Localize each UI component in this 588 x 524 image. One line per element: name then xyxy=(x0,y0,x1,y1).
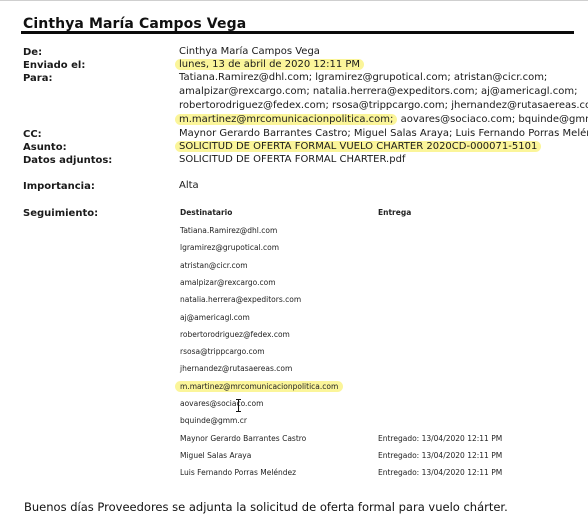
tracking-row-recipient: amalpizar@rexcargo.com xyxy=(180,278,276,287)
tracking-row-recipient: Miguel Salas Araya xyxy=(180,451,251,460)
tracking-row-recipient: robertorodriguez@fedex.com xyxy=(180,330,290,339)
tracking-row-recipient: Tatiana.Ramirez@dhl.com xyxy=(180,226,277,235)
importance-value: Alta xyxy=(179,179,199,193)
attachments-label: Datos adjuntos: xyxy=(23,155,112,166)
cc-value: Maynor Gerardo Barrantes Castro; Miguel … xyxy=(179,127,588,141)
importance-label: Importancia: xyxy=(23,181,95,192)
tracking-row-recipient: lgramirez@grupotical.com xyxy=(180,243,279,252)
title-underline xyxy=(21,31,574,34)
tracking-row-recipient: atristan@cicr.com xyxy=(180,261,248,270)
message-body: Buenos días Proveedores se adjunta la so… xyxy=(24,500,508,514)
tracking-row-delivery: Entregado: 13/04/2020 12:11 PM xyxy=(378,451,502,460)
tracking-col-recipient: Destinatario xyxy=(180,208,232,217)
tracking-row-delivery: Entregado: 13/04/2020 12:11 PM xyxy=(378,434,502,443)
tracking-row-recipient: Maynor Gerardo Barrantes Castro xyxy=(180,434,306,443)
subject-value-row: SOLICITUD DE OFERTA FORMAL VUELO CHARTER… xyxy=(179,140,541,154)
to-line-3: robertorodriguez@fedex.com; rsosa@trippc… xyxy=(179,99,588,113)
sent-label: Enviado el: xyxy=(23,60,85,71)
sender-title: Cinthya María Campos Vega xyxy=(23,16,246,32)
subject-value: SOLICITUD DE OFERTA FORMAL VUELO CHARTER… xyxy=(175,141,541,152)
attachment-file[interactable]: SOLICITUD DE OFERTA FORMAL CHARTER.pdf xyxy=(179,153,405,167)
sent-value-row: lunes, 13 de abril de 2020 12:11 PM xyxy=(179,58,364,72)
i-beam-cursor-icon xyxy=(235,399,242,412)
tracking-row-recipient: jhernandez@rutasaereas.com xyxy=(180,364,292,373)
tracking-row-recipient: m.martinez@mrcomunicacionpolitica.com xyxy=(175,381,343,392)
to-line-4: m.martinez@mrcomunicacionpolitica.com; a… xyxy=(179,113,588,127)
tracking-row-recipient: rsosa@trippcargo.com xyxy=(180,347,265,356)
sent-value: lunes, 13 de abril de 2020 12:11 PM xyxy=(175,59,364,70)
tracking-label: Seguimiento: xyxy=(23,208,98,219)
tracking-row-recipient: natalia.herrera@expeditors.com xyxy=(180,295,301,304)
top-border xyxy=(0,0,588,1)
from-label: De: xyxy=(23,47,42,58)
tracking-row-recipient: aj@americagl.com xyxy=(180,313,250,322)
subject-label: Asunto: xyxy=(23,142,67,153)
to-line-2: amalpizar@rexcargo.com; natalia.herrera@… xyxy=(179,85,577,99)
tracking-row-recipient: Luis Fernando Porras Meléndez xyxy=(180,468,296,477)
tracking-row-delivery: Entregado: 13/04/2020 12:11 PM xyxy=(378,468,502,477)
cc-label: CC: xyxy=(23,129,42,140)
to-line-4-rest: aovares@sociaco.com; bquinde@gmm.cr xyxy=(397,114,588,125)
to-highlighted-recipient: m.martinez@mrcomunicacionpolitica.com; xyxy=(175,114,397,125)
tracking-row-recipient: aovares@sociaco.com xyxy=(180,399,263,408)
tracking-row-recipient: bquinde@gmm.cr xyxy=(180,416,247,425)
to-label: Para: xyxy=(23,73,53,84)
tracking-col-delivery: Entrega xyxy=(378,208,411,217)
to-line-1: Tatiana.Ramirez@dhl.com; lgramirez@grupo… xyxy=(179,71,547,85)
from-value: Cinthya María Campos Vega xyxy=(179,45,320,59)
